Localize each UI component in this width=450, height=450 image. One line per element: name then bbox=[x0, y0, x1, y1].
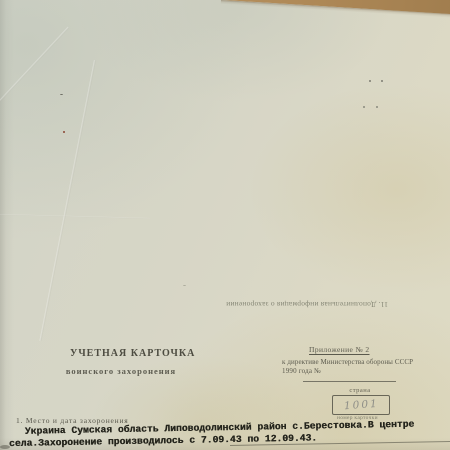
scan-background: { "colors": { "background_tan": "#b08a58… bbox=[0, 0, 450, 450]
typed-entry-block: Украина Сумская область Липоводолинский … bbox=[0, 0, 450, 450]
paper-sheet: 11. Дополнительная информация о захороне… bbox=[0, 0, 450, 450]
